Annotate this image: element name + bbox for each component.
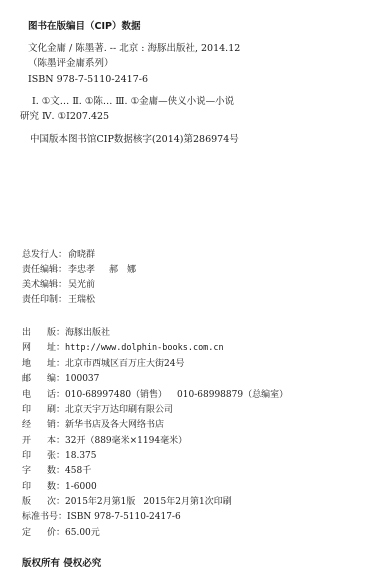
- cip-isbn: ISBN 978-7-5110-2417-6: [28, 74, 148, 86]
- info-key-2: 数：: [47, 481, 65, 493]
- info-key-2: 话：: [47, 389, 65, 401]
- info-value: ISBN 978-7-5110-2417-6: [67, 512, 181, 522]
- info-value: 1-6000: [65, 482, 97, 492]
- info-row-publisher: 出版：海豚出版社: [22, 327, 110, 339]
- info-key-1: 版: [22, 496, 47, 508]
- credit-label: 责任编辑：: [22, 264, 68, 276]
- cip-classification-1: Ⅰ. ①文… Ⅱ. ①陈… Ⅲ. ①金庸—侠义小说—小说: [32, 96, 234, 108]
- info-value-2: 2015年2月第1次印刷: [143, 497, 231, 507]
- info-value: 18.375: [65, 451, 97, 461]
- info-value: 2015年2月第1版: [65, 497, 135, 507]
- cip-classification-2: 研究 Ⅳ. ①I207.425: [20, 111, 109, 123]
- info-row-postcode: 邮编：100037: [22, 373, 99, 385]
- info-row-address: 地址：北京市西城区百万庄大街24号: [22, 358, 184, 370]
- info-value: http://www.dolphin-books.com.cn: [65, 343, 224, 353]
- info-key-2: 编：: [47, 373, 65, 385]
- info-row-price: 定价：65.00元: [22, 527, 100, 539]
- credit-row-art-editor: 美术编辑：吴光前: [22, 279, 95, 291]
- cip-line-2: （陈墨评金庸系列）: [28, 58, 114, 70]
- info-key-1: 定: [22, 527, 47, 539]
- credit-label: 总发行人：: [22, 249, 68, 261]
- info-key-1: 印: [22, 450, 47, 462]
- info-key-2: 本：: [47, 435, 65, 447]
- info-key-2: 价：: [47, 527, 65, 539]
- info-key-1: 开: [22, 435, 47, 447]
- credit-label: 责任印制：: [22, 294, 68, 306]
- info-key-1: 印: [22, 404, 47, 416]
- cip-record-number: 中国版本图书馆CIP数据核字(2014)第286974号: [30, 134, 239, 146]
- info-row-edition: 版次：2015年2月第1版2015年2月第1次印刷: [22, 496, 232, 508]
- info-key-2: 址：: [47, 358, 65, 370]
- info-value: 海豚出版社: [65, 328, 110, 338]
- info-row-distributor: 经销：新华书店及各大网络书店: [22, 419, 164, 431]
- cip-title: 图书在版编目（CIP）数据: [28, 21, 140, 33]
- info-value: 北京市西城区百万庄大街24号: [65, 359, 184, 369]
- info-row-format: 开本：32开（889毫米×1194毫米）: [22, 435, 187, 447]
- info-key-2: 销：: [47, 419, 65, 431]
- info-value: 32开（889毫米×1194毫米）: [65, 436, 187, 446]
- info-row-printer: 印刷：北京天宇万达印刷有限公司: [22, 404, 173, 416]
- info-row-print-run: 印数：1-6000: [22, 481, 97, 493]
- credit-row-print-supervisor: 责任印制：王瑞松: [22, 294, 95, 306]
- info-row-word-count: 字数：458千: [22, 465, 91, 477]
- info-key-1: 电: [22, 389, 47, 401]
- info-row-isbn: 标准书号：ISBN 978-7-5110-2417-6: [22, 511, 181, 523]
- info-row-phone: 电话：010-68997480（销售）010-68998879（总编室）: [22, 389, 288, 401]
- info-value: 458千: [65, 466, 91, 476]
- info-key-1: 印: [22, 481, 47, 493]
- info-key-2: 次：: [47, 496, 65, 508]
- info-row-website: 网址：http://www.dolphin-books.com.cn: [22, 342, 224, 354]
- credit-value-2: 郝 娜: [109, 265, 136, 275]
- info-key-1: 网: [22, 342, 47, 354]
- credit-row-publisher: 总发行人：俞晓群: [22, 249, 95, 261]
- credit-label: 美术编辑：: [22, 279, 68, 291]
- info-key-2: 刷：: [47, 404, 65, 416]
- info-key-1: 经: [22, 419, 47, 431]
- credit-value: 李忠孝: [68, 265, 95, 275]
- info-key-1: 地: [22, 358, 47, 370]
- info-value: 010-68997480（销售）: [65, 390, 167, 400]
- info-key-2: 址：: [47, 342, 65, 354]
- cip-line-1: 文化金庸 / 陈墨著. -- 北京 : 海豚出版社, 2014.12: [28, 43, 240, 55]
- info-key-2: 张：: [47, 450, 65, 462]
- info-row-sheets: 印张：18.375: [22, 450, 97, 462]
- info-key-1: 字: [22, 465, 47, 477]
- info-key-2: 版：: [47, 327, 65, 339]
- info-value: 新华书店及各大网络书店: [65, 420, 164, 430]
- credit-value: 吴光前: [68, 280, 95, 290]
- info-value: 100037: [65, 374, 99, 384]
- credit-value: 王瑞松: [68, 295, 95, 305]
- info-key-1: 邮: [22, 373, 47, 385]
- info-value-2: 010-68998879（总编室）: [177, 390, 288, 400]
- info-value: 北京天宇万达印刷有限公司: [65, 405, 173, 415]
- copyright-notice: 版权所有 侵权必究: [22, 558, 101, 570]
- info-value: 65.00元: [65, 528, 100, 538]
- credit-row-editor: 责任编辑：李忠孝郝 娜: [22, 264, 136, 276]
- info-key-1: 出: [22, 327, 47, 339]
- credit-value: 俞晓群: [68, 250, 95, 260]
- info-key-2: 数：: [47, 465, 65, 477]
- info-key-wide: 标准书号：: [22, 511, 67, 523]
